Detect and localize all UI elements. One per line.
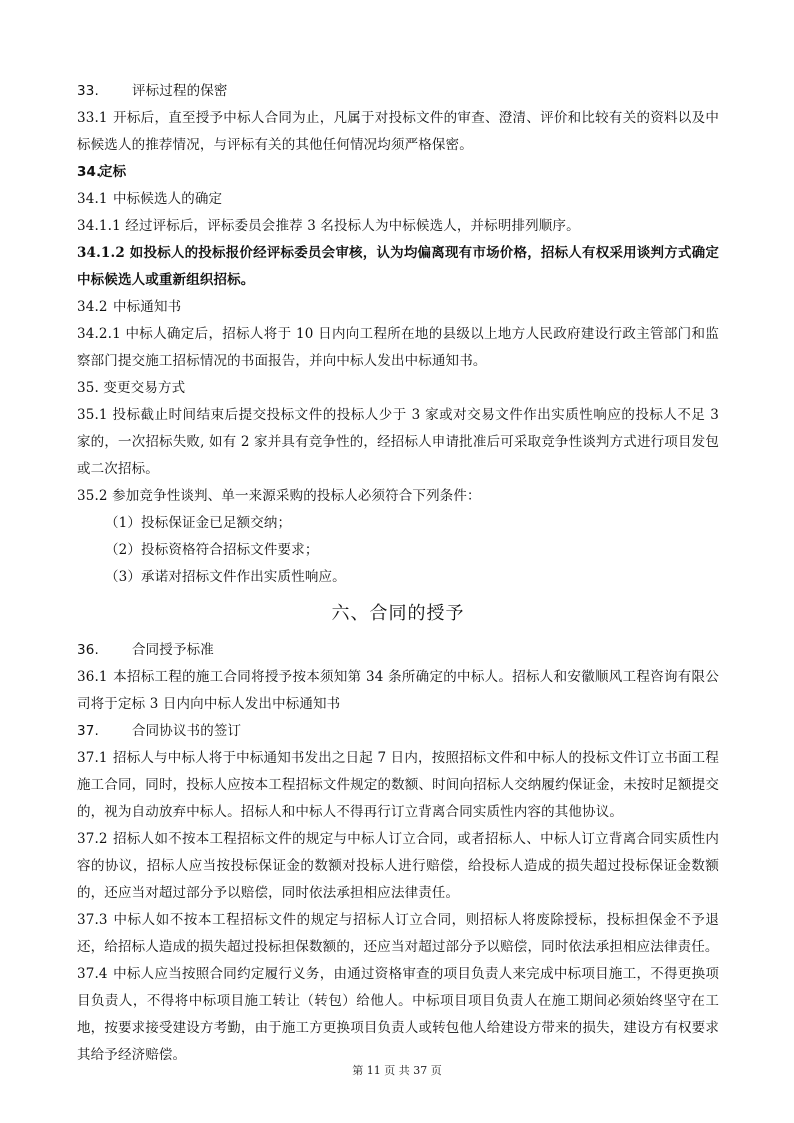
clause-number: 34.1.1 [77, 218, 121, 234]
clause-34-2-1: 34.2.1 中标人确定后，招标人将于 10 日内向工程所在地的县级以上地方人民… [77, 321, 719, 375]
chapter-title: 六、合同的授予 [77, 599, 719, 629]
section-heading-37: 37.合同协议书的签订 [77, 718, 719, 745]
section-heading-33: 33.评标过程的保密 [77, 78, 719, 105]
clause-title: 中标候选人的确定 [113, 191, 222, 207]
clause-number: 37.3 [77, 907, 113, 934]
clause-text: 中标人应当按照合同约定履行义务，由通过资格审查的项目负责人来完成中标项目施工，不… [77, 966, 719, 1063]
clause-text: 中标人如不按本工程招标文件的规定与招标人订立合同，则招标人将废除授标，投标担保金… [77, 912, 719, 955]
section-title: 合同授予标准 [132, 642, 214, 658]
document-page: 33.评标过程的保密 33.1开标后，直至授予中标人合同为止，凡属于对投标文件的… [77, 78, 719, 1069]
page-number: 第 11 页 共 37 页 [352, 1064, 441, 1077]
condition-item-3: （3）承诺对招标文件作出实质性响应。 [77, 564, 719, 591]
clause-33-1: 33.1开标后，直至授予中标人合同为止，凡属于对投标文件的审查、澄清、评价和比较… [77, 105, 719, 159]
clause-title: 中标通知书 [113, 299, 181, 315]
section-number: 33. [77, 78, 132, 105]
clause-text: 经过评标后，评标委员会推荐 3 名投标人为中标候选人，并标明排列顺序。 [125, 218, 579, 234]
clause-text: 参加竞争性谈判、单一来源采购的投标人必须符合下列条件： [112, 488, 481, 504]
clause-text: 本招标工程的施工合同将授予按本须知第 34 条所确定的中标人。招标人和安徽顺风工… [77, 669, 719, 712]
clause-34-1: 34.1中标候选人的确定 [77, 186, 719, 213]
section-number: 35. [77, 380, 99, 396]
section-title: 变更交易方式 [103, 380, 185, 396]
clause-35-2: 35.2 参加竞争性谈判、单一来源采购的投标人必须符合下列条件： [77, 483, 719, 510]
clause-37-4: 37.4中标人应当按照合同约定履行义务，由通过资格审查的项目负责人来完成中标项目… [77, 961, 719, 1069]
section-number: 37. [77, 718, 132, 745]
clause-34-1-2: 34.1.2 如投标人的投标报价经评标委员会审核，认为均偏离现有市场价格，招标人… [77, 240, 719, 294]
clause-37-3: 37.3中标人如不按本工程招标文件的规定与招标人订立合同，则招标人将废除授标，投… [77, 907, 719, 961]
section-title: 合同协议书的签订 [132, 723, 241, 739]
clause-number: 34.2 [77, 294, 113, 321]
clause-number: 37.1 [77, 745, 113, 772]
clause-number: 36.1 [77, 664, 113, 691]
clause-36-1: 36.1本招标工程的施工合同将授予按本须知第 34 条所确定的中标人。招标人和安… [77, 664, 719, 718]
section-number: 36. [77, 637, 132, 664]
clause-number: 33.1 [77, 105, 113, 132]
clause-37-2: 37.2招标人如不按本工程招标文件的规定与中标人订立合同，或者招标人、中标人订立… [77, 826, 719, 907]
condition-item-1: （1）投标保证金已足额交纳； [77, 510, 719, 537]
section-heading-36: 36.合同授予标准 [77, 637, 719, 664]
clause-number: 34.1 [77, 186, 113, 213]
clause-text: 如投标人的投标报价经评标委员会审核，认为均偏离现有市场价格，招标人有权采用谈判方… [77, 245, 719, 288]
section-title: 定标 [99, 164, 126, 180]
clause-text: 中标人确定后，招标人将于 10 日内向工程所在地的县级以上地方人民政府建设行政主… [77, 326, 719, 369]
clause-number: 37.2 [77, 826, 113, 853]
page-footer: 第 11 页 共 37 页 [0, 1062, 794, 1078]
clause-number: 37.4 [77, 961, 113, 988]
section-title: 评标过程的保密 [132, 83, 228, 99]
clause-number: 34.2.1 [77, 326, 121, 342]
clause-35-1: 35.1 投标截止时间结束后提交投标文件的投标人少于 3 家或对交易文件作出实质… [77, 402, 719, 483]
section-number: 34. [77, 159, 99, 186]
clause-text: 开标后，直至授予中标人合同为止，凡属于对投标文件的审查、澄清、评价和比较有关的资… [77, 110, 719, 153]
clause-37-1: 37.1招标人与中标人将于中标通知书发出之日起 7 日内，按照招标文件和中标人的… [77, 745, 719, 826]
clause-number: 35.1 [77, 407, 108, 423]
clause-number: 35.2 [77, 488, 108, 504]
condition-item-2: （2）投标资格符合招标文件要求； [77, 537, 719, 564]
section-heading-34: 34.定标 [77, 159, 719, 186]
section-heading-35: 35. 变更交易方式 [77, 375, 719, 402]
clause-text: 招标人与中标人将于中标通知书发出之日起 7 日内，按照招标文件和中标人的投标文件… [77, 750, 719, 820]
clause-text: 投标截止时间结束后提交投标文件的投标人少于 3 家或对交易文件作出实质性响应的投… [77, 407, 719, 477]
clause-34-1-1: 34.1.1 经过评标后，评标委员会推荐 3 名投标人为中标候选人，并标明排列顺… [77, 213, 719, 240]
clause-34-2: 34.2中标通知书 [77, 294, 719, 321]
clause-number: 34.1.2 [77, 245, 125, 261]
clause-text: 招标人如不按本工程招标文件的规定与中标人订立合同，或者招标人、中标人订立背离合同… [77, 831, 719, 901]
